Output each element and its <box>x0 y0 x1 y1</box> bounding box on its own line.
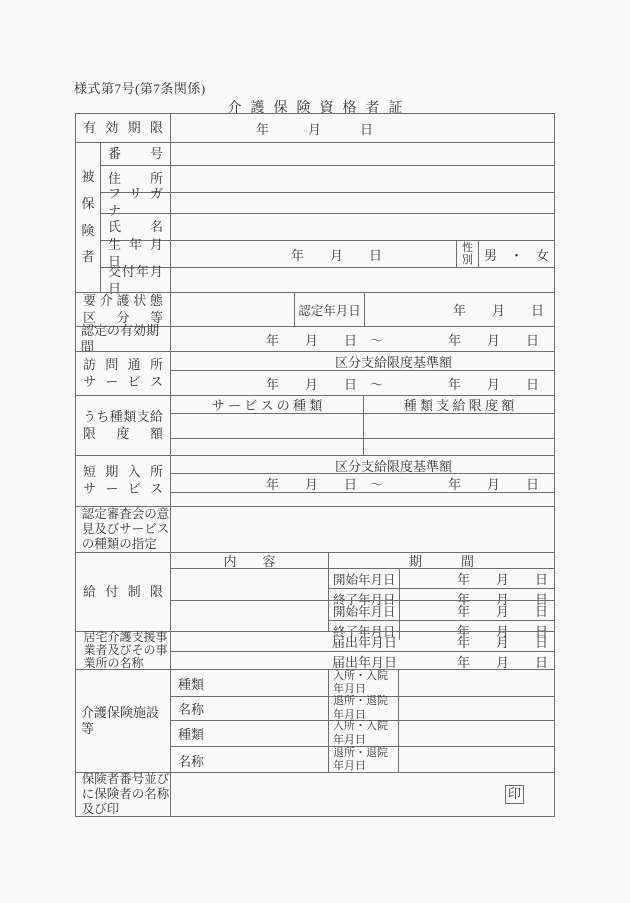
valid-period-label: 有 効 期 限 <box>76 120 170 137</box>
visit-service-period-row: 年 月 日 ～ 年 月 日 <box>171 370 554 396</box>
row-cert-valid-period: 認定の有効期間 年 月 日 ～ 年 月 日 <box>76 326 554 351</box>
insured-name-label-cell: 氏 名 <box>101 214 171 240</box>
insured-issue-date-field <box>171 268 554 293</box>
facility-discharge-value-2 <box>398 747 554 773</box>
benefit-limit-header-row: 内 容 期 間 <box>171 553 554 568</box>
type-limit-amount-field-1 <box>363 414 554 438</box>
service-type-field-2 <box>171 439 363 456</box>
visit-service-rows: 区分支給限度基準額 年 月 日 ～ 年 月 日 <box>171 352 554 395</box>
insured-number-label: 番 号 <box>101 146 170 163</box>
section-short-stay: 短 期 入 所 サ ー ビ ス 区分支給限度基準額 年 月 日 ～ 年 月 日 <box>76 455 554 506</box>
type-limit-rows: サ ー ビ ス の 種 類 種 類 支 給 限 度 額 <box>171 396 554 455</box>
home-care-provider-rows: 届出年月日 年 月 日 届出年月日 年 月 日 <box>171 632 554 669</box>
facility-name-label-1: 名称 <box>171 697 328 720</box>
notification-date-label-1: 届出年月日 <box>332 632 397 651</box>
certificate-table: 有 効 期 限 年 月 日 被 保 険 者 番 号 住 所 フ リ ガ ナ <box>75 113 555 817</box>
short-stay-label-cell: 短 期 入 所 サ ー ビ ス <box>76 456 171 506</box>
care-level-label: 要 介 護 状 態 区 分 等 <box>76 293 170 327</box>
facility-admission-label-2: 入所・入院 年月日 <box>328 721 398 746</box>
benefit-limit-label: 給 付 制 限 <box>76 584 170 601</box>
service-type-header: サ ー ビ ス の 種 類 <box>171 396 363 413</box>
benefit-content-field-1 <box>171 569 328 600</box>
type-limit-row-1 <box>171 413 554 438</box>
visit-service-period-value: 年 月 日 ～ 年 月 日 <box>171 371 554 396</box>
notification-date-value-1: 年 月 日 <box>457 632 554 651</box>
cert-valid-period-value: 年 月 日 ～ 年 月 日 <box>171 327 554 351</box>
section-home-care-provider: 居宅介護支援事 業者及びその事 業所の名称 届出年月日 年 月 日 届出年月日 … <box>76 631 554 669</box>
insured-furigana-label-cell: フ リ ガ ナ <box>101 193 171 213</box>
service-type-field-1 <box>171 414 363 438</box>
care-level-label-cell: 要 介 護 状 態 区 分 等 <box>76 293 171 326</box>
start-date-value-1: 年 月 日 <box>399 569 554 588</box>
sex-label: 性 別 <box>456 241 478 267</box>
benefit-content-field-2 <box>171 601 328 632</box>
facility-admission-label-1: 入所・入院 年月日 <box>328 670 398 696</box>
short-stay-empty-field <box>171 493 554 506</box>
row-care-level: 要 介 護 状 態 区 分 等 認定年月日 年 月 日 <box>76 292 554 326</box>
period-header: 期 間 <box>328 553 554 568</box>
row-insured-number: 番 号 <box>101 143 554 165</box>
benefit-dates-2: 開始年月日 年 月 日 終了年月日 年 月 日 <box>328 601 554 632</box>
valid-period-value: 年 月 日 <box>171 114 554 142</box>
notification-cell-1: 届出年月日 年 月 日 <box>171 632 554 651</box>
insured-name-label: 氏 名 <box>101 219 170 236</box>
insured-number-field <box>171 143 554 165</box>
type-limit-amount-header: 種 類 支 給 限 度 額 <box>363 396 554 413</box>
section-insured: 被 保 険 者 番 号 住 所 フ リ ガ ナ 氏 名 <box>76 142 554 292</box>
facility-admission-value-1 <box>398 670 554 696</box>
facility-admission-value-2 <box>398 721 554 746</box>
facility-name-label-2: 名称 <box>171 747 328 773</box>
facility-type-label-1: 種類 <box>171 670 328 696</box>
facility-discharge-value-1 <box>398 697 554 720</box>
benefit-limit-rows: 内 容 期 間 開始年月日 年 月 日 終了年月日 年 月 日 <box>171 553 554 631</box>
type-limit-row-2 <box>171 438 554 456</box>
form-number: 様式第7号(第7条関係) <box>74 78 206 97</box>
row-insured-issue-date: 交付年月日 <box>101 267 554 293</box>
facility-label: 介護保険施設等 <box>76 670 171 772</box>
row-valid-period: 有 効 期 限 年 月 日 <box>76 114 554 142</box>
insured-number-label-cell: 番 号 <box>101 143 171 165</box>
short-stay-period-row: 年 月 日 ～ 年 月 日 <box>171 473 554 492</box>
insured-furigana-field <box>171 193 554 213</box>
facility-discharge-label-2: 退所・退院 年月日 <box>328 747 398 773</box>
visit-service-limit-label: 区分支給限度基準額 <box>171 352 554 370</box>
facility-discharge-label-1: 退所・退院 年月日 <box>328 697 398 720</box>
short-stay-limit-label: 区分支給限度基準額 <box>171 456 554 473</box>
insured-address-label: 住 所 <box>101 171 170 188</box>
care-level-field <box>171 293 294 326</box>
visit-service-label-cell: 訪 問 通 所 サ ー ビ ス <box>76 352 171 395</box>
type-limit-label-cell: うち種類支給 限 度 額 <box>76 396 171 455</box>
valid-period-label-cell: 有 効 期 限 <box>76 114 171 142</box>
insured-birthdate-value: 年 月 日 <box>171 241 456 267</box>
short-stay-label: 短 期 入 所 サ ー ビ ス <box>76 464 170 498</box>
facility-row-3: 種類 入所・入院 年月日 <box>171 720 554 746</box>
row-insured-furigana: フ リ ガ ナ <box>101 192 554 213</box>
facility-type-label-2: 種類 <box>171 721 328 746</box>
insured-name-field <box>171 214 554 240</box>
start-date-label-2: 開始年月日 <box>329 601 399 620</box>
benefit-limit-block-1: 開始年月日 年 月 日 終了年月日 年 月 日 <box>171 568 554 600</box>
benefit-limit-label-cell: 給 付 制 限 <box>76 553 171 631</box>
insurer-label: 保険者番号並び に保険者の名称 及び印 <box>76 773 171 816</box>
seal-mark: 印 <box>505 785 524 804</box>
board-opinion-label: 認定審査会の意 見及びサービス の種類の指定 <box>76 507 171 552</box>
short-stay-empty-row <box>171 492 554 506</box>
benefit-dates-1: 開始年月日 年 月 日 終了年月日 年 月 日 <box>328 569 554 600</box>
section-facility: 介護保険施設等 種類 入所・入院 年月日 名称 退所・退院 年月日 種類 入所・… <box>76 669 554 772</box>
type-limit-header-row: サ ー ビ ス の 種 類 種 類 支 給 限 度 額 <box>171 396 554 413</box>
notification-cell-2: 届出年月日 年 月 日 <box>171 652 554 670</box>
row-insured-name: 氏 名 <box>101 213 554 240</box>
facility-row-2: 名称 退所・退院 年月日 <box>171 696 554 720</box>
visit-service-label: 訪 問 通 所 サ ー ビ ス <box>76 357 170 391</box>
board-opinion-field <box>171 507 554 552</box>
start-date-value-2: 年 月 日 <box>399 601 554 620</box>
document-page: 様式第7号(第7条関係) 介護保険資格者証 有 効 期 限 年 月 日 被 保 … <box>0 0 630 903</box>
notification-date-label-2: 届出年月日 <box>332 652 397 671</box>
benefit-start-row-2: 開始年月日 年 月 日 <box>329 601 554 620</box>
row-board-opinion: 認定審査会の意 見及びサービス の種類の指定 <box>76 506 554 552</box>
facility-rows: 種類 入所・入院 年月日 名称 退所・退院 年月日 種類 入所・入院 年月日 名… <box>171 670 554 772</box>
insurer-field: 印 <box>171 773 554 816</box>
sex-value: 男 ・ 女 <box>478 241 554 267</box>
type-limit-label: うち種類支給 限 度 額 <box>76 409 170 443</box>
cert-valid-period-label: 認定の有効期間 <box>76 327 171 351</box>
section-visit-service: 訪 問 通 所 サ ー ビ ス 区分支給限度基準額 年 月 日 ～ 年 月 日 <box>76 351 554 395</box>
type-limit-amount-field-2 <box>363 439 554 456</box>
section-insurer: 保険者番号並び に保険者の名称 及び印 印 <box>76 772 554 816</box>
facility-row-1: 種類 入所・入院 年月日 <box>171 670 554 696</box>
facility-row-4: 名称 退所・退院 年月日 <box>171 746 554 773</box>
short-stay-period-value: 年 月 日 ～ 年 月 日 <box>171 474 554 492</box>
insured-address-field <box>171 166 554 192</box>
insured-rows: 番 号 住 所 フ リ ガ ナ 氏 名 生 年 月 日 年 月 <box>101 143 554 292</box>
insured-issue-date-label-cell: 交付年月日 <box>101 268 171 293</box>
content-header: 内 容 <box>171 553 328 568</box>
notification-row-1: 届出年月日 年 月 日 <box>171 632 554 651</box>
notification-date-value-2: 年 月 日 <box>457 652 554 671</box>
cert-date-label: 認定年月日 <box>294 293 364 326</box>
short-stay-rows: 区分支給限度基準額 年 月 日 ～ 年 月 日 <box>171 456 554 506</box>
start-date-label-1: 開始年月日 <box>329 569 399 588</box>
cert-date-value: 年 月 日 <box>364 293 554 326</box>
section-type-limit: うち種類支給 限 度 額 サ ー ビ ス の 種 類 種 類 支 給 限 度 額 <box>76 395 554 455</box>
benefit-limit-block-2: 開始年月日 年 月 日 終了年月日 年 月 日 <box>171 600 554 632</box>
section-benefit-limit: 給 付 制 限 内 容 期 間 開始年月日 年 月 日 終了年 <box>76 552 554 631</box>
insured-group-label: 被 保 険 者 <box>76 143 101 292</box>
benefit-start-row-1: 開始年月日 年 月 日 <box>329 569 554 588</box>
notification-row-2: 届出年月日 年 月 日 <box>171 651 554 670</box>
home-care-provider-label: 居宅介護支援事 業者及びその事 業所の名称 <box>76 632 171 669</box>
